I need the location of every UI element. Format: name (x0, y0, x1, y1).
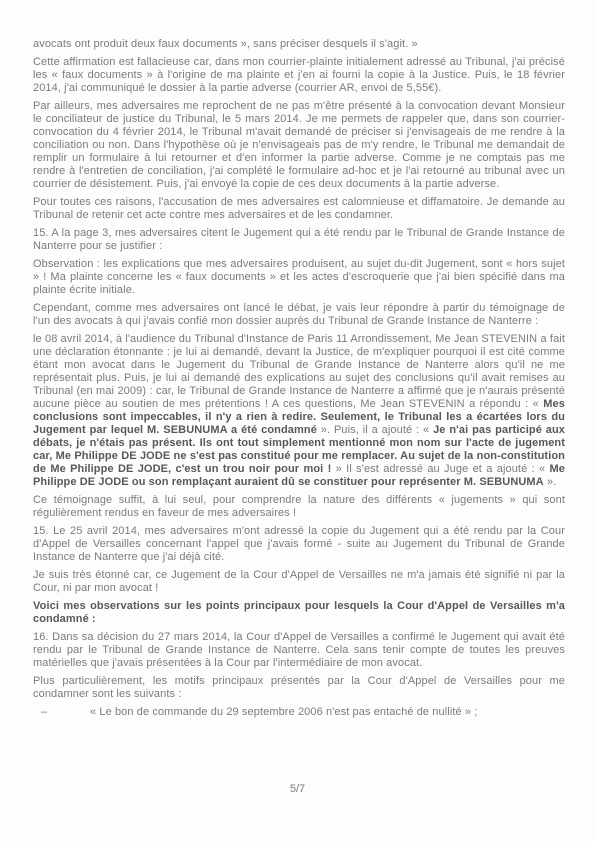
document-body: avocats ont produit deux faux documents … (33, 38, 565, 719)
text-run: 16. Dans sa décision du 27 mars 2014, la… (33, 631, 565, 669)
text-run: Cependant, comme mes adversaires ont lan… (33, 302, 565, 327)
paragraph: 15. Le 25 avril 2014, mes adversaires m'… (33, 525, 565, 564)
paragraph: Cependant, comme mes adversaires ont lan… (33, 302, 565, 328)
list-item: –« Le bon de commande du 29 septembre 20… (33, 706, 565, 719)
paragraph: 16. Dans sa décision du 27 mars 2014, la… (33, 631, 565, 670)
scanned-document-page: avocats ont produit deux faux documents … (0, 0, 595, 841)
paragraph: Voici mes observations sur les points pr… (33, 600, 565, 626)
paragraph: Je suis très étonné car, ce Jugement de … (33, 569, 565, 595)
paragraph: Observation : les explications que mes a… (33, 258, 565, 297)
paragraph: Plus particulièrement, les motifs princi… (33, 675, 565, 701)
text-run: Par ailleurs, mes adversaires me reproch… (33, 100, 565, 190)
text-run: Plus particulièrement, les motifs princi… (33, 675, 565, 700)
text-run: le 08 avril 2014, à l'audience du Tribun… (33, 333, 565, 410)
list-item-marker: – (33, 706, 90, 719)
paragraph: avocats ont produit deux faux documents … (33, 38, 565, 51)
text-run: 15. A la page 3, mes adversaires citent … (33, 227, 565, 252)
paragraph: Pour toutes ces raisons, l'accusation de… (33, 196, 565, 222)
list-item-text: « Le bon de commande du 29 septembre 200… (90, 706, 565, 719)
paragraph: Cette affirmation est fallacieuse car, d… (33, 56, 565, 95)
bold-text-run: Voici mes observations sur les points pr… (33, 600, 565, 625)
text-run: 15. Le 25 avril 2014, mes adversaires m'… (33, 525, 565, 563)
paragraph: le 08 avril 2014, à l'audience du Tribun… (33, 333, 565, 489)
paragraph: Ce témoignage suffit, à lui seul, pour c… (33, 494, 565, 520)
text-run: ». Puis, il a ajouté : « (317, 424, 433, 436)
paragraph: Par ailleurs, mes adversaires me reproch… (33, 100, 565, 191)
paragraph: 15. A la page 3, mes adversaires citent … (33, 227, 565, 253)
text-run: Cette affirmation est fallacieuse car, d… (33, 56, 565, 94)
text-run: ». (544, 476, 557, 488)
text-run: » Il s'est adressé au Juge et a ajouté :… (331, 463, 549, 475)
text-run: « Le bon de commande du 29 septembre 200… (90, 706, 477, 718)
text-run: Pour toutes ces raisons, l'accusation de… (33, 196, 565, 221)
text-run: Je suis très étonné car, ce Jugement de … (33, 569, 565, 594)
text-run: avocats ont produit deux faux documents … (33, 38, 418, 50)
text-run: Ce témoignage suffit, à lui seul, pour c… (33, 494, 565, 519)
text-run: Observation : les explications que mes a… (33, 258, 565, 296)
page-number: 5/7 (0, 783, 595, 795)
